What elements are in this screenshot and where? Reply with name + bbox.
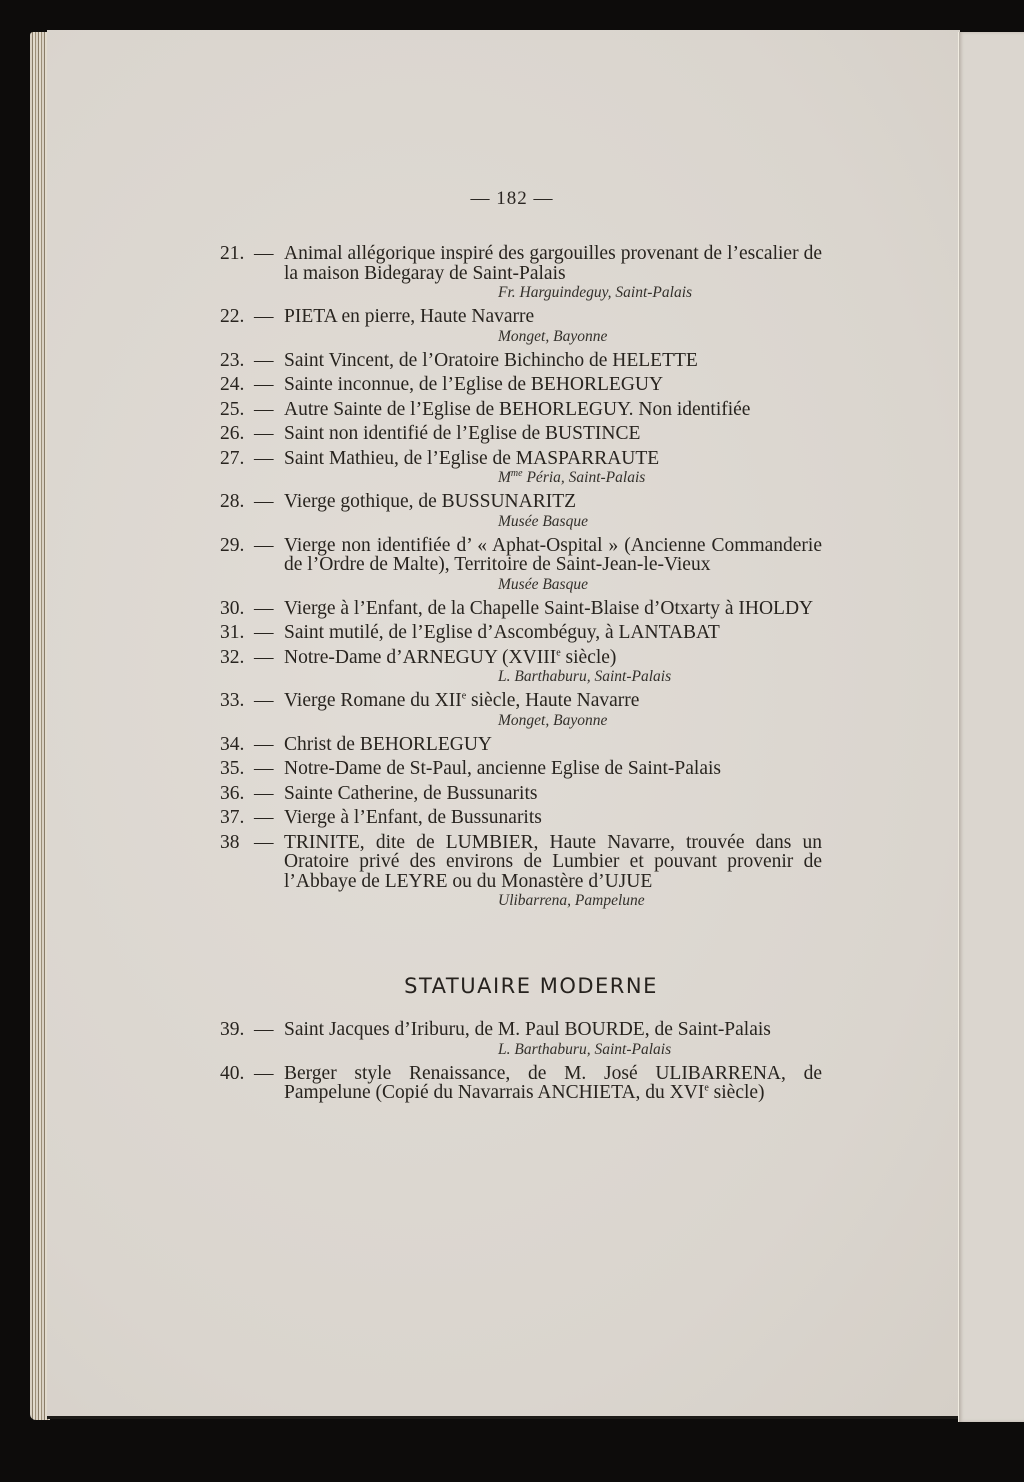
catalogue-entry: 40.—Berger style Renaissance, de M. José… [220, 1064, 822, 1103]
catalogue-entry: 33.—Vierge Romane du XIIe siècle, Haute … [220, 691, 822, 730]
entry-description: Vierge à l’Enfant, de Bussunarits [284, 808, 822, 828]
entries-modern: 39.—Saint Jacques d’Iriburu, de M. Paul … [220, 1020, 822, 1103]
entry-dash: — [254, 244, 314, 264]
entry-dash: — [254, 492, 314, 512]
entry-dash: — [254, 1020, 314, 1040]
entry-description: Christ de BEHORLEGUY [284, 735, 822, 755]
entry-description: Vierge non identifiée d’ « Aphat-Ospital… [284, 536, 822, 575]
entry-credit: Monget, Bayonne [498, 328, 822, 346]
catalogue-entry: 29.—Vierge non identifiée d’ « Aphat-Osp… [220, 536, 822, 594]
section-title: STATUAIRE MODERNE [220, 974, 822, 998]
entry-description: Saint Jacques d’Iriburu, de M. Paul BOUR… [284, 1020, 822, 1040]
entries-ancient: 21.—Animal allégorique inspiré des gargo… [220, 244, 822, 910]
catalogue-entry: 25.—Autre Sainte de l’Eglise de BEHORLEG… [220, 400, 822, 420]
catalogue-list: 21.—Animal allégorique inspiré des gargo… [220, 244, 822, 1108]
entry-dash: — [254, 375, 314, 395]
entry-description: Vierge gothique, de BUSSUNARITZ [284, 492, 822, 512]
entry-dash: — [254, 833, 314, 853]
entry-dash: — [254, 808, 314, 828]
entry-dash: — [254, 759, 314, 779]
catalogue-entry: 37.—Vierge à l’Enfant, de Bussunarits [220, 808, 822, 828]
entry-description: Vierge à l’Enfant, de la Chapelle Saint-… [284, 599, 822, 619]
entry-dash: — [254, 400, 314, 420]
entry-credit: Fr. Harguindeguy, Saint-Palais [498, 284, 822, 302]
entry-description: Saint Vincent, de l’Oratoire Bichincho d… [284, 351, 822, 371]
catalogue-entry: 36.—Sainte Catherine, de Bussunarits [220, 784, 822, 804]
catalogue-entry: 32.—Notre-Dame d’ARNEGUY (XVIIIe siècle)… [220, 648, 822, 687]
catalogue-entry: 26.—Saint non identifié de l’Eglise de B… [220, 424, 822, 444]
entry-dash: — [254, 1064, 314, 1084]
page-number: — 182 — [0, 188, 1024, 210]
entry-dash: — [254, 784, 314, 804]
catalogue-entry: 31.—Saint mutilé, de l’Eglise d’Ascombég… [220, 623, 822, 643]
entry-description: Saint non identifié de l’Eglise de BUSTI… [284, 424, 822, 444]
catalogue-entry: 27.—Saint Mathieu, de l’Eglise de MASPAR… [220, 449, 822, 488]
catalogue-entry: 24.—Sainte inconnue, de l’Eglise de BEHO… [220, 375, 822, 395]
catalogue-entry: 34.—Christ de BEHORLEGUY [220, 735, 822, 755]
entry-credit: L. Barthaburu, Saint-Palais [498, 668, 822, 686]
entry-credit: Ulibarrena, Pampelune [498, 892, 822, 910]
entry-credit: Monget, Bayonne [498, 712, 822, 730]
entry-description: Notre-Dame de St-Paul, ancienne Eglise d… [284, 759, 822, 779]
entry-dash: — [254, 623, 314, 643]
entry-description: PIETA en pierre, Haute Navarre [284, 307, 822, 327]
entry-dash: — [254, 599, 314, 619]
entry-description: Saint Mathieu, de l’Eglise de MASPARRAUT… [284, 449, 822, 469]
entry-credit: L. Barthaburu, Saint-Palais [498, 1041, 822, 1059]
entry-credit: Musée Basque [498, 513, 822, 531]
entry-description: Vierge Romane du XIIe siècle, Haute Nava… [284, 691, 822, 711]
entry-dash: — [254, 691, 314, 711]
entry-description: Notre-Dame d’ARNEGUY (XVIIIe siècle) [284, 648, 822, 668]
entry-description: Sainte Catherine, de Bussunarits [284, 784, 822, 804]
entry-description: Saint mutilé, de l’Eglise d’Ascombéguy, … [284, 623, 822, 643]
entry-dash: — [254, 307, 314, 327]
entry-description: Animal allégorique inspiré des gargouill… [284, 244, 822, 283]
entry-dash: — [254, 735, 314, 755]
facing-page-edge [958, 32, 1024, 1422]
catalogue-entry: 28.—Vierge gothique, de BUSSUNARITZMusée… [220, 492, 822, 531]
entry-description: Sainte inconnue, de l’Eglise de BEHORLEG… [284, 375, 822, 395]
entry-credit: Musée Basque [498, 576, 822, 594]
entry-dash: — [254, 648, 314, 668]
entry-dash: — [254, 536, 314, 556]
catalogue-entry: 30.—Vierge à l’Enfant, de la Chapelle Sa… [220, 599, 822, 619]
catalogue-entry: 23.—Saint Vincent, de l’Oratoire Bichinc… [220, 351, 822, 371]
catalogue-entry: 35.—Notre-Dame de St-Paul, ancienne Egli… [220, 759, 822, 779]
entry-dash: — [254, 424, 314, 444]
catalogue-entry: 38—TRINITE, dite de LUMBIER, Haute Navar… [220, 833, 822, 911]
catalogue-entry: 22.—PIETA en pierre, Haute NavarreMonget… [220, 307, 822, 346]
entry-description: Berger style Renaissance, de M. José ULI… [284, 1064, 822, 1103]
catalogue-entry: 21.—Animal allégorique inspiré des gargo… [220, 244, 822, 302]
catalogue-entry: 39.—Saint Jacques d’Iriburu, de M. Paul … [220, 1020, 822, 1059]
entry-description: TRINITE, dite de LUMBIER, Haute Navarre,… [284, 833, 822, 892]
entry-credit: Mme Péria, Saint-Palais [498, 469, 822, 487]
entry-description: Autre Sainte de l’Eglise de BEHORLEGUY. … [284, 400, 822, 420]
entry-dash: — [254, 351, 314, 371]
entry-dash: — [254, 449, 314, 469]
